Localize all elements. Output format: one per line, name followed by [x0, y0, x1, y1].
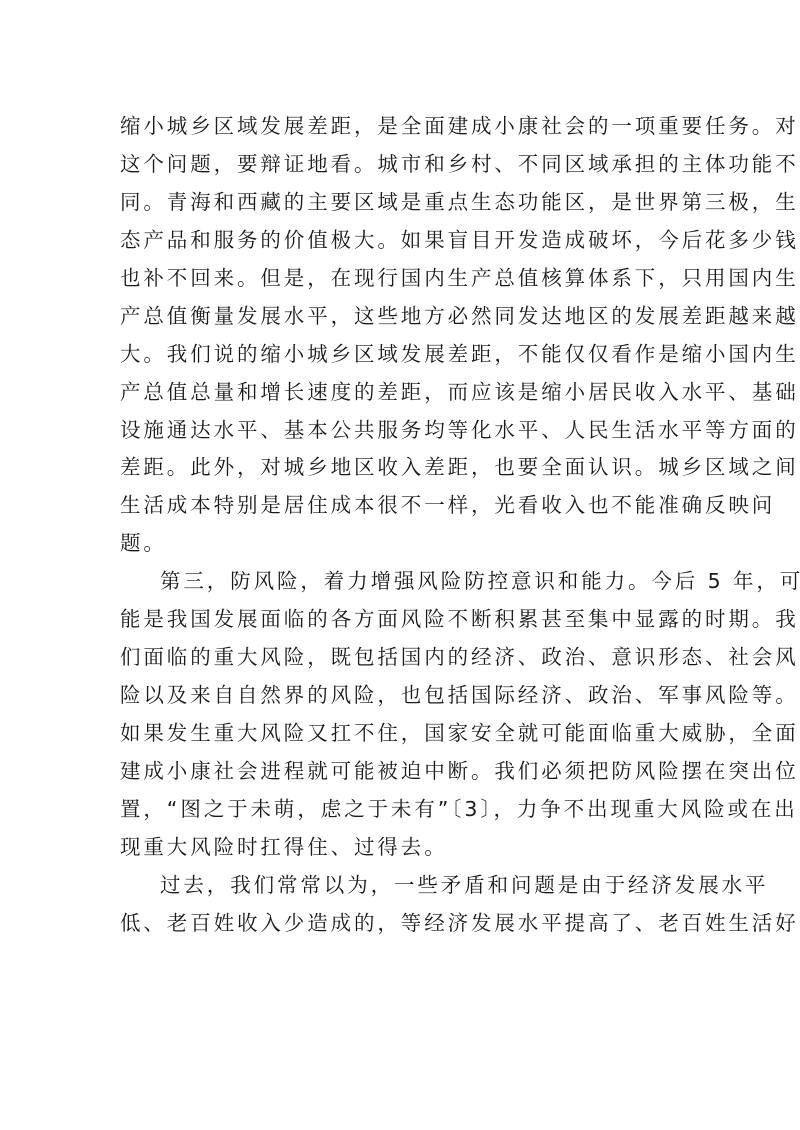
text-line: 态产品和服务的价值极大。如果盲目开发造成破坏，今后花多少钱 — [120, 222, 668, 260]
text-line-first-indented: 过去，我们常常以为，一些矛盾和问题是由于经济发展水平 — [120, 867, 668, 905]
document-body: 缩小城乡区域发展差距，是全面建成小康社会的一项重要任务。对 这个问题，要辩证地看… — [120, 108, 668, 943]
paragraph-1: 缩小城乡区域发展差距，是全面建成小康社会的一项重要任务。对 这个问题，要辩证地看… — [120, 108, 668, 563]
text-line: 能是我国发展面临的各方面风险不断积累甚至集中显露的时期。我 — [120, 601, 668, 639]
text-line: 产总值总量和增长速度的差距，而应该是缩小居民收入水平、基础 — [120, 374, 668, 412]
text-line: 低、老百姓收入少造成的，等经济发展水平提高了、老百姓生活好 — [120, 905, 668, 943]
text-line: 也补不回来。但是，在现行国内生产总值核算体系下，只用国内生 — [120, 260, 668, 298]
text-line: 缩小城乡区域发展差距，是全面建成小康社会的一项重要任务。对 — [120, 108, 668, 146]
text-line: 差距。此外，对城乡地区收入差距，也要全面认识。城乡区域之间 — [120, 449, 668, 487]
document-page: 缩小城乡区域发展差距，是全面建成小康社会的一项重要任务。对 这个问题，要辩证地看… — [0, 0, 800, 1130]
text-line: 设施通达水平、基本公共服务均等化水平、人民生活水平等方面的 — [120, 412, 668, 450]
text-line: 生活成本特别是居住成本很不一样，光看收入也不能准确反映问 — [120, 487, 668, 525]
text-line: 现重大风险时扛得住、过得去。 — [120, 829, 668, 867]
paragraph-2: 第三，防风险，着力增强风险防控意识和能力。今后 5 年，可 能是我国发展面临的各… — [120, 563, 668, 867]
text-line: 建成小康社会进程就可能被迫中断。我们必须把防风险摆在突出位 — [120, 753, 668, 791]
text-line: 置，“图之于未萌，虑之于未有”〔3〕，力争不出现重大风险或在出 — [120, 791, 668, 829]
text-line: 如果发生重大风险又扛不住，国家安全就可能面临重大威胁，全面 — [120, 715, 668, 753]
text-line: 这个问题，要辩证地看。城市和乡村、不同区域承担的主体功能不 — [120, 146, 668, 184]
text-line: 们面临的重大风险，既包括国内的经济、政治、意识形态、社会风 — [120, 639, 668, 677]
text-line: 产总值衡量发展水平，这些地方必然同发达地区的发展差距越来越 — [120, 298, 668, 336]
text-line: 同。青海和西藏的主要区域是重点生态功能区，是世界第三极，生 — [120, 184, 668, 222]
text-line-first-indented: 第三，防风险，着力增强风险防控意识和能力。今后 5 年，可 — [120, 563, 668, 601]
text-line: 大。我们说的缩小城乡区域发展差距，不能仅仅看作是缩小国内生 — [120, 336, 668, 374]
text-line: 题。 — [120, 525, 668, 563]
text-line: 险以及来自自然界的风险，也包括国际经济、政治、军事风险等。 — [120, 677, 668, 715]
paragraph-3: 过去，我们常常以为，一些矛盾和问题是由于经济发展水平 低、老百姓收入少造成的，等… — [120, 867, 668, 943]
